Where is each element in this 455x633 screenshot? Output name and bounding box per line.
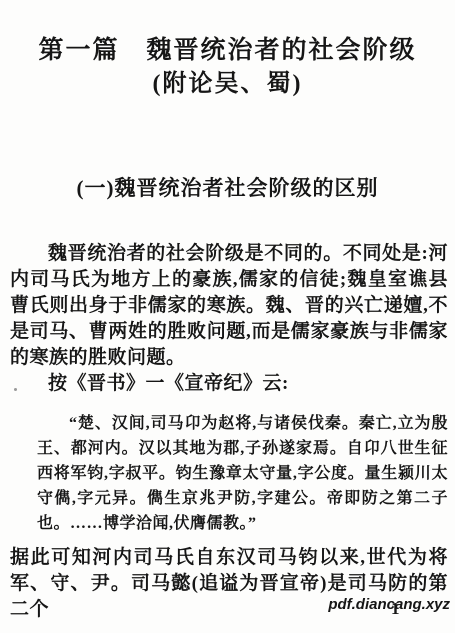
paragraph-citation-lead: 按《晋书》一《宣帝纪》云: <box>10 371 448 397</box>
chapter-title: 第一篇 魏晋统治者的社会阶级 <box>0 0 455 68</box>
chapter-subtitle: (附论吴、蜀) <box>0 68 455 101</box>
paragraph-intro: 魏晋统治者的社会阶级是不同的。不同处是:河内司马氏为地方上的豪族,儒家的信徒;魏… <box>10 241 448 371</box>
block-quote-jinshu: “楚、汉间,司马卬为赵将,与诸侯伐秦。秦亡,立为殷王、都河内。汉以其地为郡,子孙… <box>37 411 448 536</box>
watermark-url: pdf.diancang.xyz <box>328 597 450 612</box>
section-heading: (一)魏晋统治者社会阶级的区别 <box>0 173 455 203</box>
scan-artifact-dot <box>14 388 17 391</box>
book-page: 第一篇 魏晋统治者的社会阶级 (附论吴、蜀) (一)魏晋统治者社会阶级的区别 魏… <box>0 0 455 633</box>
